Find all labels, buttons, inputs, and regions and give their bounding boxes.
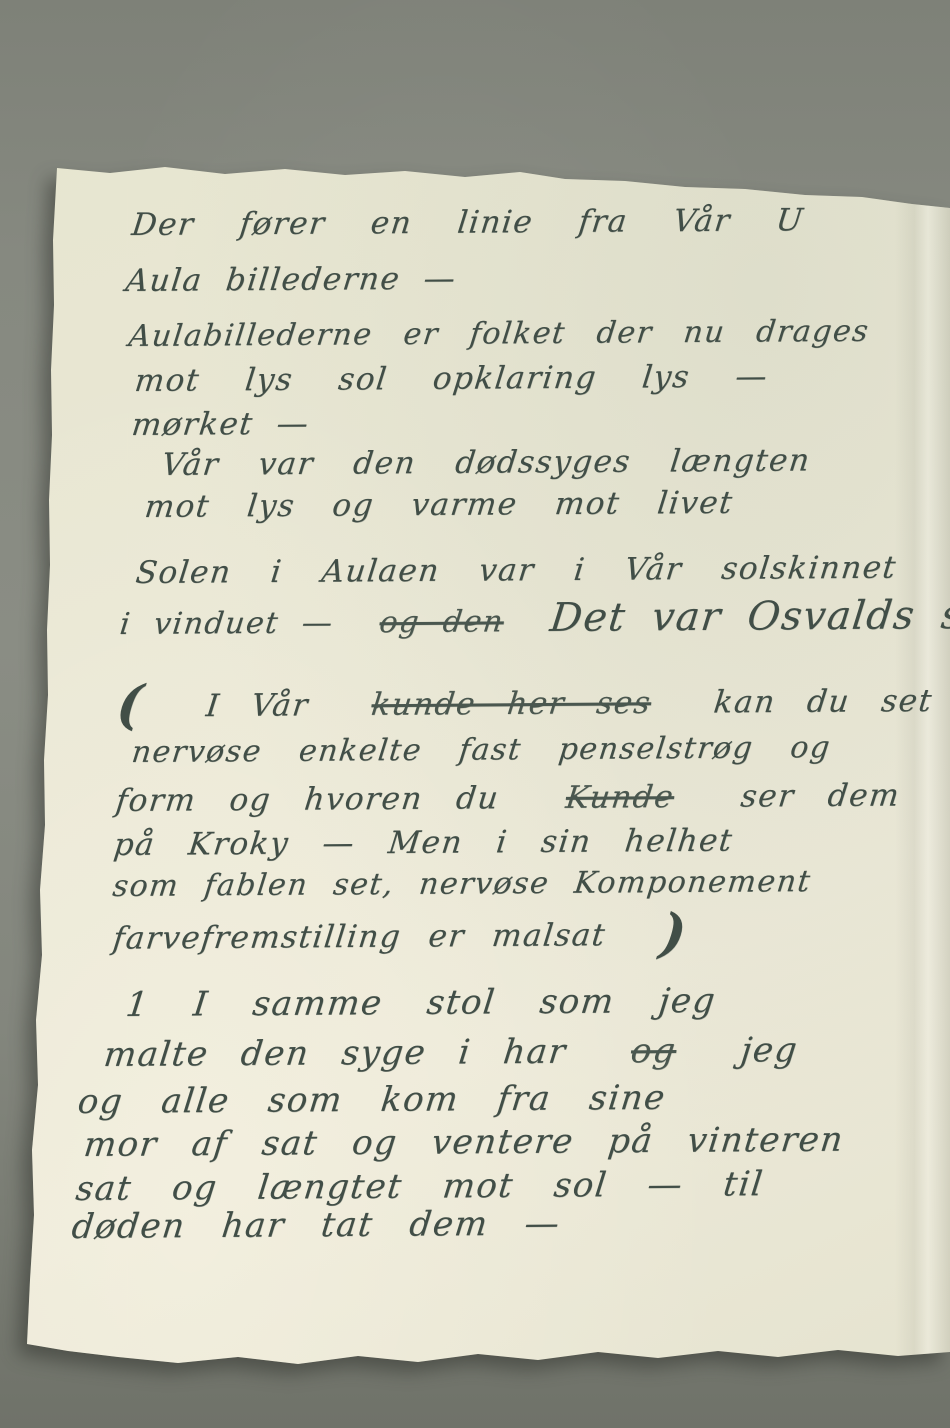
handwritten-text: Solen i Aulaen var i Vår solskinnet	[134, 550, 899, 591]
handwritten-text: form og hvoren du	[114, 780, 502, 819]
manuscript-page: Der fører en linie fra Vår UAula billede…	[0, 0, 950, 1428]
handwritten-text: )	[657, 903, 691, 964]
handwritten-text: Vår var den dødssyges længten	[160, 442, 813, 483]
struck-out-word: kunde her ses	[369, 685, 653, 723]
struck-out-word: og den	[378, 604, 506, 640]
handwritten-text: malte den syge i har	[102, 1032, 569, 1075]
photo-background: Der fører en linie fra Vår UAula billede…	[0, 0, 950, 1428]
handwritten-text: Der fører en linie fra Vår U	[130, 202, 806, 243]
manuscript-line: malte den syge i har og jeg	[102, 1033, 800, 1072]
manuscript-line: Der fører en linie fra Vår U	[130, 205, 806, 241]
handwritten-text: mot lys og varme mot livet	[143, 485, 736, 525]
handwritten-text: Det var Osvalds sol	[548, 592, 950, 641]
handwritten-text: og alle som kom fra sine	[76, 1078, 668, 1122]
handwritten-text: jeg	[739, 1030, 801, 1070]
manuscript-line: sat og længtet mot sol — til	[74, 1167, 765, 1206]
manuscript-line: Aulabillederne er folket der nu drages	[127, 317, 871, 352]
manuscript-line: Aula billederne —	[124, 264, 458, 297]
handwritten-text: Aula billederne —	[124, 261, 459, 299]
handwritten-text: farvefremstilling er malsat	[111, 917, 608, 956]
handwritten-text: Aulabillederne er folket der nu drages	[127, 314, 872, 354]
manuscript-line: form og hvoren du Kunde ser dem	[114, 781, 902, 817]
manuscript-line: mot lys og varme mot livet	[143, 488, 735, 523]
manuscript-line: farvefremstilling er malsat )	[110, 908, 690, 965]
handwritten-text: mor af sat og ventere på vinteren	[82, 1120, 846, 1165]
handwritten-text: på Kroky — Men i sin helhet	[112, 823, 735, 863]
paper-shadow: Der fører en linie fra Vår UAula billede…	[0, 0, 950, 1428]
manuscript-line: og alle som kom fra sine	[76, 1081, 668, 1119]
handwritten-text: nervøse enkelte fast penselstrøg og	[130, 730, 833, 770]
handwritten-text: ser dem	[739, 778, 902, 815]
handwritten-text: i vinduet —	[118, 606, 336, 642]
handwritten-text: sat og længtet mot sol — til	[74, 1164, 766, 1209]
handwritten-text: døden har tat dem —	[70, 1204, 563, 1247]
manuscript-line: Solen i Aulaen var i Vår solskinnet	[134, 553, 898, 589]
manuscript-line: Vår var den dødssyges længten	[160, 445, 812, 481]
handwritten-text: mot lys sol opklaring lys —	[133, 359, 770, 399]
struck-out-word: Kunde	[564, 779, 676, 816]
handwritten-text: mørket —	[130, 406, 312, 443]
handwritten-text: som fablen set, nervøse Komponement	[111, 864, 813, 904]
manuscript-line: i vinduet — og den Det var Osvalds sol	[118, 596, 950, 642]
paper-fold-crease	[895, 195, 950, 1428]
manuscript-line: ( I Vår kunde her ses kan du set	[114, 674, 936, 732]
manuscript-line: 1 I samme stol som jeg	[124, 984, 718, 1022]
handwritten-text: I Vår	[204, 687, 311, 724]
struck-out-word: og	[629, 1031, 679, 1071]
manuscript-line: mot lys sol opklaring lys —	[133, 362, 770, 397]
handwritten-text: (	[114, 675, 148, 736]
manuscript-line: døden har tat dem —	[70, 1207, 562, 1244]
manuscript-line: på Kroky — Men i sin helhet	[112, 826, 735, 861]
handwritten-text: kan du set	[712, 683, 935, 721]
manuscript-line: nervøse enkelte fast penselstrøg og	[130, 733, 832, 768]
manuscript-line: som fablen set, nervøse Komponement	[111, 867, 813, 902]
handwritten-text: 1 I samme stol som jeg	[124, 981, 719, 1025]
manuscript-line: mørket —	[130, 409, 311, 441]
manuscript-line: mor af sat og ventere på vinteren	[82, 1123, 846, 1162]
